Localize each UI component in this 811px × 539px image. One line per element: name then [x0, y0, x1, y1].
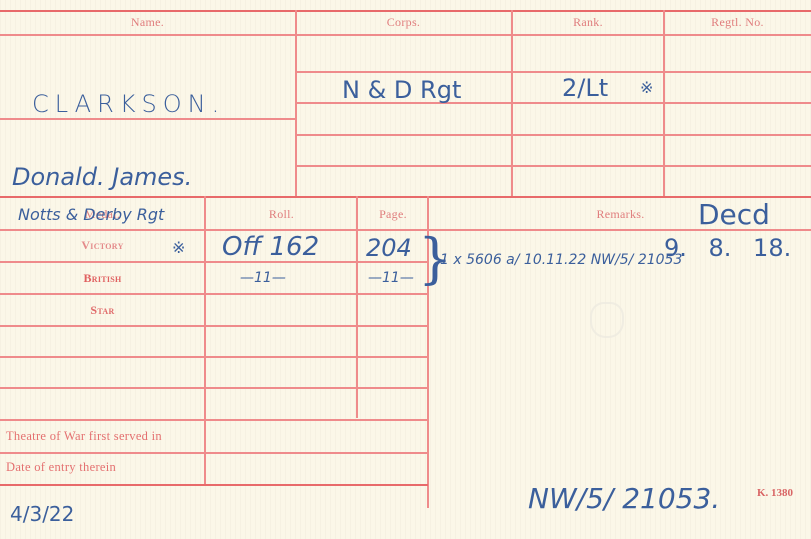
rank-mark: ※	[640, 78, 653, 97]
surname-entry: CLARKSON.	[32, 90, 225, 118]
header-roll: Roll.	[206, 207, 357, 222]
medal-british-label: British	[0, 271, 205, 286]
row-rule	[0, 261, 428, 263]
bottom-reference-entry: NW/5/ 21053.	[528, 482, 720, 515]
form-reference: K. 1380	[757, 487, 793, 499]
page-british-entry: —11—	[368, 270, 414, 286]
deceased-note: Decd	[698, 198, 770, 231]
header-regtl-no: Regtl. No.	[664, 15, 811, 30]
roll-british-entry: —11—	[240, 270, 286, 286]
death-date-entry: 9. 8. 18.	[664, 234, 791, 262]
page-victory-entry: 204	[366, 234, 412, 262]
header-page: Page.	[358, 207, 428, 222]
row-rule	[0, 387, 428, 389]
row-rule	[0, 484, 428, 486]
row-rule	[0, 325, 428, 327]
roll-victory-entry: Off 162	[222, 232, 319, 262]
victory-mark: ※	[172, 238, 185, 257]
row-rule	[0, 452, 428, 454]
row-rule	[0, 293, 428, 295]
row-rule	[296, 71, 811, 73]
row-rule	[296, 165, 811, 167]
top-rule	[0, 10, 811, 12]
medal-index-card: Name. Corps. Rank. Regtl. No. Medal. Rol…	[0, 0, 811, 539]
rank-entry: 2/Lt	[562, 74, 608, 102]
faint-stamp-mark	[590, 302, 624, 338]
medal-star-label: Star	[0, 303, 205, 318]
row-rule	[0, 229, 811, 231]
header-corps: Corps.	[296, 15, 511, 30]
date-of-entry-label: Date of entry therein	[6, 460, 206, 475]
header-rank: Rank.	[512, 15, 664, 30]
theatre-of-war-label: Theatre of War first served in	[6, 429, 206, 444]
row-rule	[296, 134, 811, 136]
forenames-entry: Donald. James.	[12, 163, 192, 191]
section-rule	[0, 196, 811, 198]
row-rule	[0, 356, 428, 358]
unit-note-entry: Notts & Derby Rgt	[18, 205, 164, 224]
remarks-entry: 1 x 5606 a/ 10.11.22 NW/5/ 21053	[440, 252, 682, 268]
bottom-date-entry: 4/3/22	[10, 502, 74, 526]
name-rule	[0, 118, 296, 120]
header-rule	[0, 34, 811, 36]
corps-entry: N & D Rgt	[342, 76, 461, 104]
header-name: Name.	[0, 15, 295, 30]
row-rule	[0, 419, 428, 421]
